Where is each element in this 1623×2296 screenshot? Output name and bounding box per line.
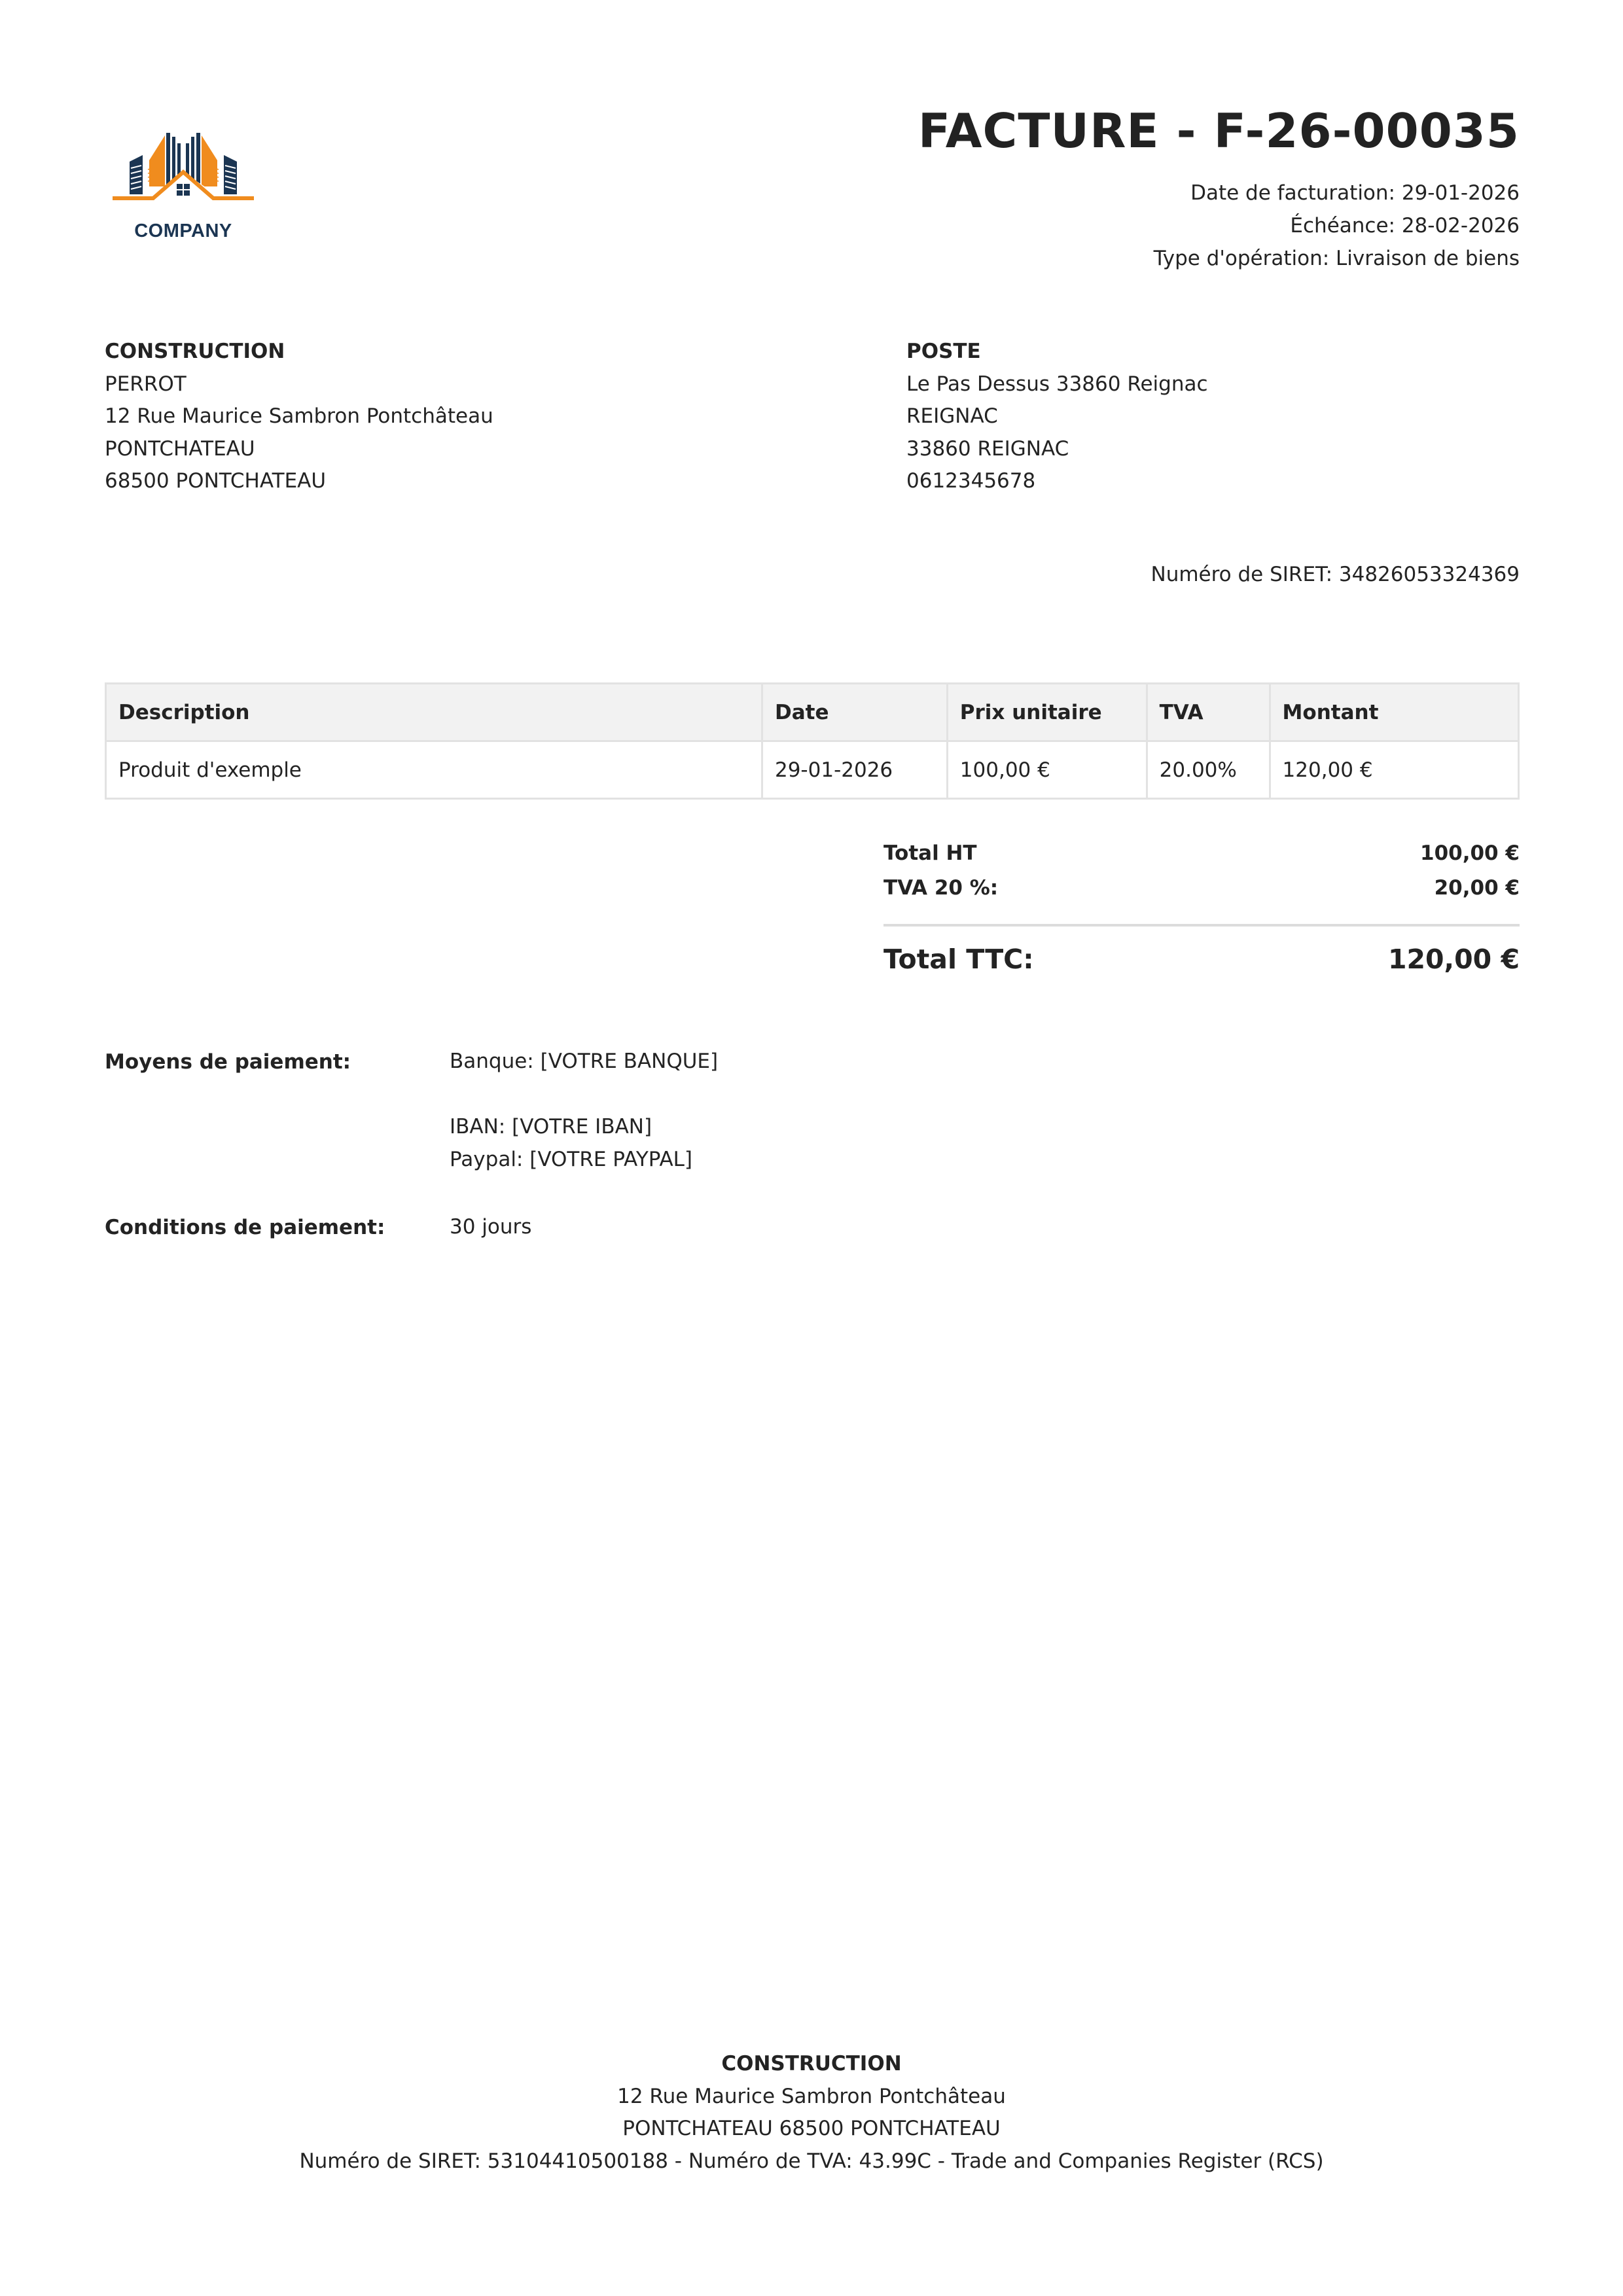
total-ht-label: Total HT xyxy=(883,836,977,871)
tva-label: TVA 20 %: xyxy=(883,871,998,906)
payment-methods-label: Moyens de paiement: xyxy=(105,1050,351,1074)
col-header-date: Date xyxy=(762,684,947,741)
client-siret: Numéro de SIRET: 34826053324369 xyxy=(1151,563,1520,586)
total-ttc-value: 120,00 € xyxy=(1388,937,1520,981)
client-line: REIGNAC xyxy=(906,400,1208,433)
payment-conditions-value: 30 jours xyxy=(450,1210,531,1243)
sender-line: PERROT xyxy=(105,368,493,401)
total-ttc-row: Total TTC: 120,00 € xyxy=(883,937,1520,981)
due-date: Échéance: 28-02-2026 xyxy=(1154,209,1520,242)
totals-block: Total HT 100,00 € TVA 20 %: 20,00 € Tota… xyxy=(883,836,1520,981)
footer: CONSTRUCTION 12 Rue Maurice Sambron Pont… xyxy=(0,2048,1623,2178)
col-header-amount: Montant xyxy=(1270,684,1518,741)
payment-iban: IBAN: [VOTRE IBAN] xyxy=(450,1110,652,1143)
operation-type: Type d'opération: Livraison de biens xyxy=(1154,242,1520,275)
client-name: POSTE xyxy=(906,336,1208,368)
invoice-page: COMPANY FACTURE - F-26-00035 Date de fac… xyxy=(0,0,1623,2296)
col-header-unit-price: Prix unitaire xyxy=(947,684,1147,741)
cell-date: 29-01-2026 xyxy=(762,741,947,799)
table-row: Produit d'exemple 29-01-2026 100,00 € 20… xyxy=(106,741,1519,799)
sender-address: CONSTRUCTION PERROT 12 Rue Maurice Sambr… xyxy=(105,336,493,498)
table-header-row: Description Date Prix unitaire TVA Monta… xyxy=(106,684,1519,741)
total-ht-value: 100,00 € xyxy=(1420,836,1520,871)
cell-unit-price: 100,00 € xyxy=(947,741,1147,799)
invoice-meta: Date de facturation: 29-01-2026 Échéance… xyxy=(1154,177,1520,275)
tva-row: TVA 20 %: 20,00 € xyxy=(883,871,1520,906)
client-line: 0612345678 xyxy=(906,465,1208,498)
client-line: Le Pas Dessus 33860 Reignac xyxy=(906,368,1208,401)
total-ttc-label: Total TTC: xyxy=(883,937,1034,981)
cell-description: Produit d'exemple xyxy=(106,741,762,799)
tva-value: 20,00 € xyxy=(1435,871,1520,906)
footer-city: PONTCHATEAU 68500 PONTCHATEAU xyxy=(0,2113,1623,2146)
cell-amount: 120,00 € xyxy=(1270,741,1518,799)
footer-legal: Numéro de SIRET: 53104410500188 - Numéro… xyxy=(0,2146,1623,2178)
buildings-house-logo-icon xyxy=(111,121,255,213)
cell-vat: 20.00% xyxy=(1147,741,1270,799)
totals-divider xyxy=(883,924,1520,927)
items-table: Description Date Prix unitaire TVA Monta… xyxy=(105,682,1520,800)
sender-line: 12 Rue Maurice Sambron Pontchâteau xyxy=(105,400,493,433)
footer-address: 12 Rue Maurice Sambron Pontchâteau xyxy=(0,2081,1623,2113)
sender-line: PONTCHATEAU xyxy=(105,433,493,466)
payment-paypal: Paypal: [VOTRE PAYPAL] xyxy=(450,1143,692,1176)
sender-line: 68500 PONTCHATEAU xyxy=(105,465,493,498)
total-ht-row: Total HT 100,00 € xyxy=(883,836,1520,871)
sender-name: CONSTRUCTION xyxy=(105,336,493,368)
client-line: 33860 REIGNAC xyxy=(906,433,1208,466)
logo-text: COMPANY xyxy=(111,221,255,242)
col-header-vat: TVA xyxy=(1147,684,1270,741)
payment-conditions-label: Conditions de paiement: xyxy=(105,1216,385,1239)
payment-bank: Banque: [VOTRE BANQUE] xyxy=(450,1045,718,1078)
invoice-title: FACTURE - F-26-00035 xyxy=(918,103,1520,158)
col-header-description: Description xyxy=(106,684,762,741)
client-address: POSTE Le Pas Dessus 33860 Reignac REIGNA… xyxy=(906,336,1208,498)
footer-company-name: CONSTRUCTION xyxy=(0,2048,1623,2081)
invoice-date: Date de facturation: 29-01-2026 xyxy=(1154,177,1520,209)
company-logo: COMPANY xyxy=(111,121,255,252)
